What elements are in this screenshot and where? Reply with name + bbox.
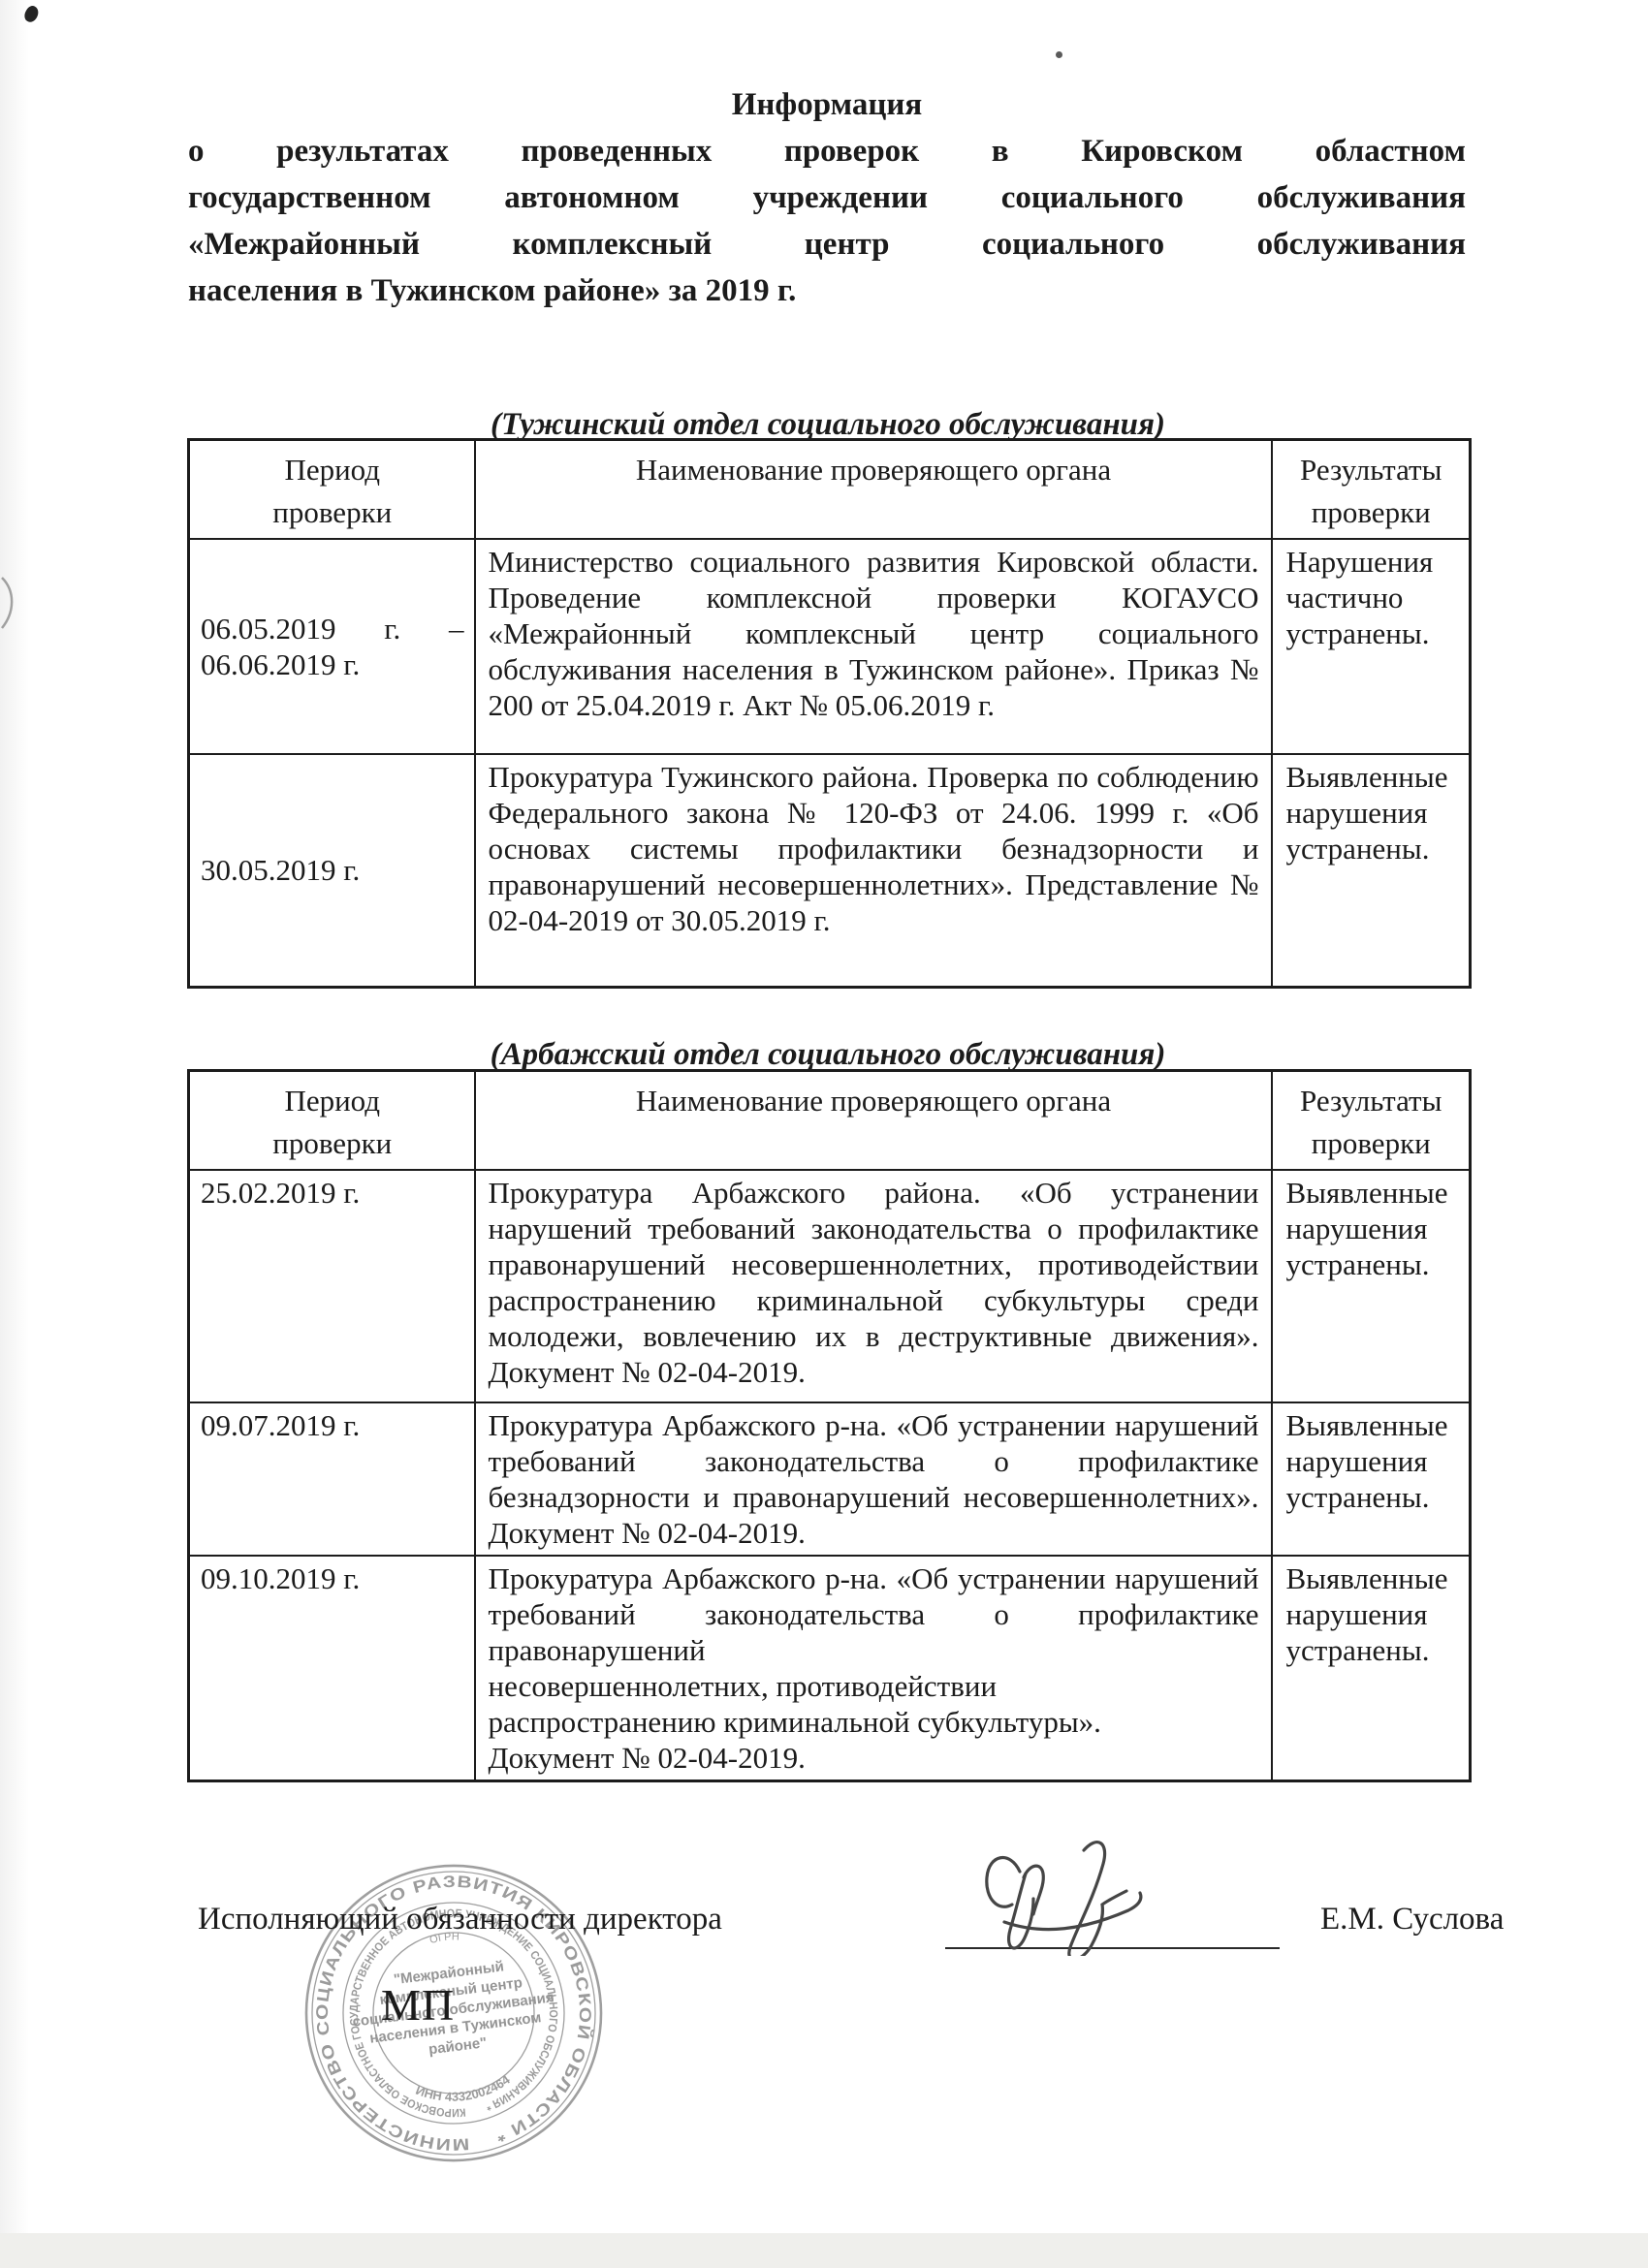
result-column-header: Результаты проверки [1272,440,1471,540]
result-cell: Выявленные нарушения устранены. [1272,1556,1471,1781]
section-2-title: (Арбажский отдел социального обслуживани… [187,1037,1469,1073]
period-cell: 09.10.2019 г. [189,1556,475,1781]
org-cell: Прокуратура Арбажского района. «Об устра… [475,1170,1272,1402]
scan-left-shadow [0,0,29,2268]
inspections-table-arbazhsky: Период проверки Наименование проверяющег… [187,1069,1472,1782]
table-row: 06.05.2019 г. – 06.06.2019 г. Министерст… [189,539,1471,754]
period-cell: 25.02.2019 г. [189,1170,475,1402]
org-column-header: Наименование проверяющего органа [475,440,1272,540]
period-column-header: Период проверки [189,1071,475,1171]
table-header-row: Период проверки Наименование проверяющег… [189,440,1471,540]
scan-speck-above-title [1056,51,1062,58]
handwritten-signature [962,1835,1223,1956]
document-subtitle-line-1: о результатах проведенных проверок в Кир… [188,128,1466,174]
period-cell: 30.05.2019 г. [189,754,475,987]
mp-seal-placeholder-label: МП [381,1979,455,2031]
acting-director-label: Исполняющий обязанности директора [198,1902,722,1937]
org-cell: Прокуратура Арбажского р-на. «Об устране… [475,1402,1272,1556]
table-header-row: Период проверки Наименование проверяющег… [189,1071,1471,1171]
signer-name: Е.М. Суслова [1320,1902,1504,1937]
table-row: 25.02.2019 г. Прокуратура Арбажского рай… [189,1170,1471,1402]
result-cell: Выявленные нарушения устранены. [1272,754,1471,987]
document-subtitle-line-3: «Межрайонный комплексный центр социально… [188,221,1466,268]
period-cell: 06.05.2019 г. – 06.06.2019 г. [189,539,475,754]
table-row: 09.10.2019 г. Прокуратура Арбажского р-н… [189,1556,1471,1781]
scan-bottom-edge [0,2233,1648,2268]
document-title: Информация [188,81,1466,128]
result-cell: Выявленные нарушения устранены. [1272,1402,1471,1556]
org-cell: Министерство социального развития Кировс… [475,539,1272,754]
org-cell: Прокуратура Тужинского района. Проверка … [475,754,1272,987]
scanned-document-page: { "header": { "lines": [ "Информация", "… [0,0,1648,2268]
table-row: 30.05.2019 г. Прокуратура Тужинского рай… [189,754,1471,987]
table-row: 09.07.2019 г. Прокуратура Арбажского р-н… [189,1402,1471,1556]
period-column-header: Период проверки [189,440,475,540]
result-cell: Выявленные нарушения устранены. [1272,1170,1471,1402]
period-cell: 09.07.2019 г. [189,1402,475,1556]
document-subtitle-line-4: населения в Тужинском районе» за 2019 г. [188,268,1466,314]
org-column-header: Наименование проверяющего органа [475,1071,1272,1171]
result-column-header: Результаты проверки [1272,1071,1471,1171]
org-cell: Прокуратура Арбажского р-на. «Об устране… [475,1556,1272,1781]
document-subtitle-line-2: государственном автономном учреждении со… [188,174,1466,221]
inspections-table-tuzhinsky: Период проверки Наименование проверяющег… [187,438,1472,989]
document-header: Информация о результатах проведенных про… [188,81,1466,314]
result-cell: Нарушения частично устранены. [1272,539,1471,754]
